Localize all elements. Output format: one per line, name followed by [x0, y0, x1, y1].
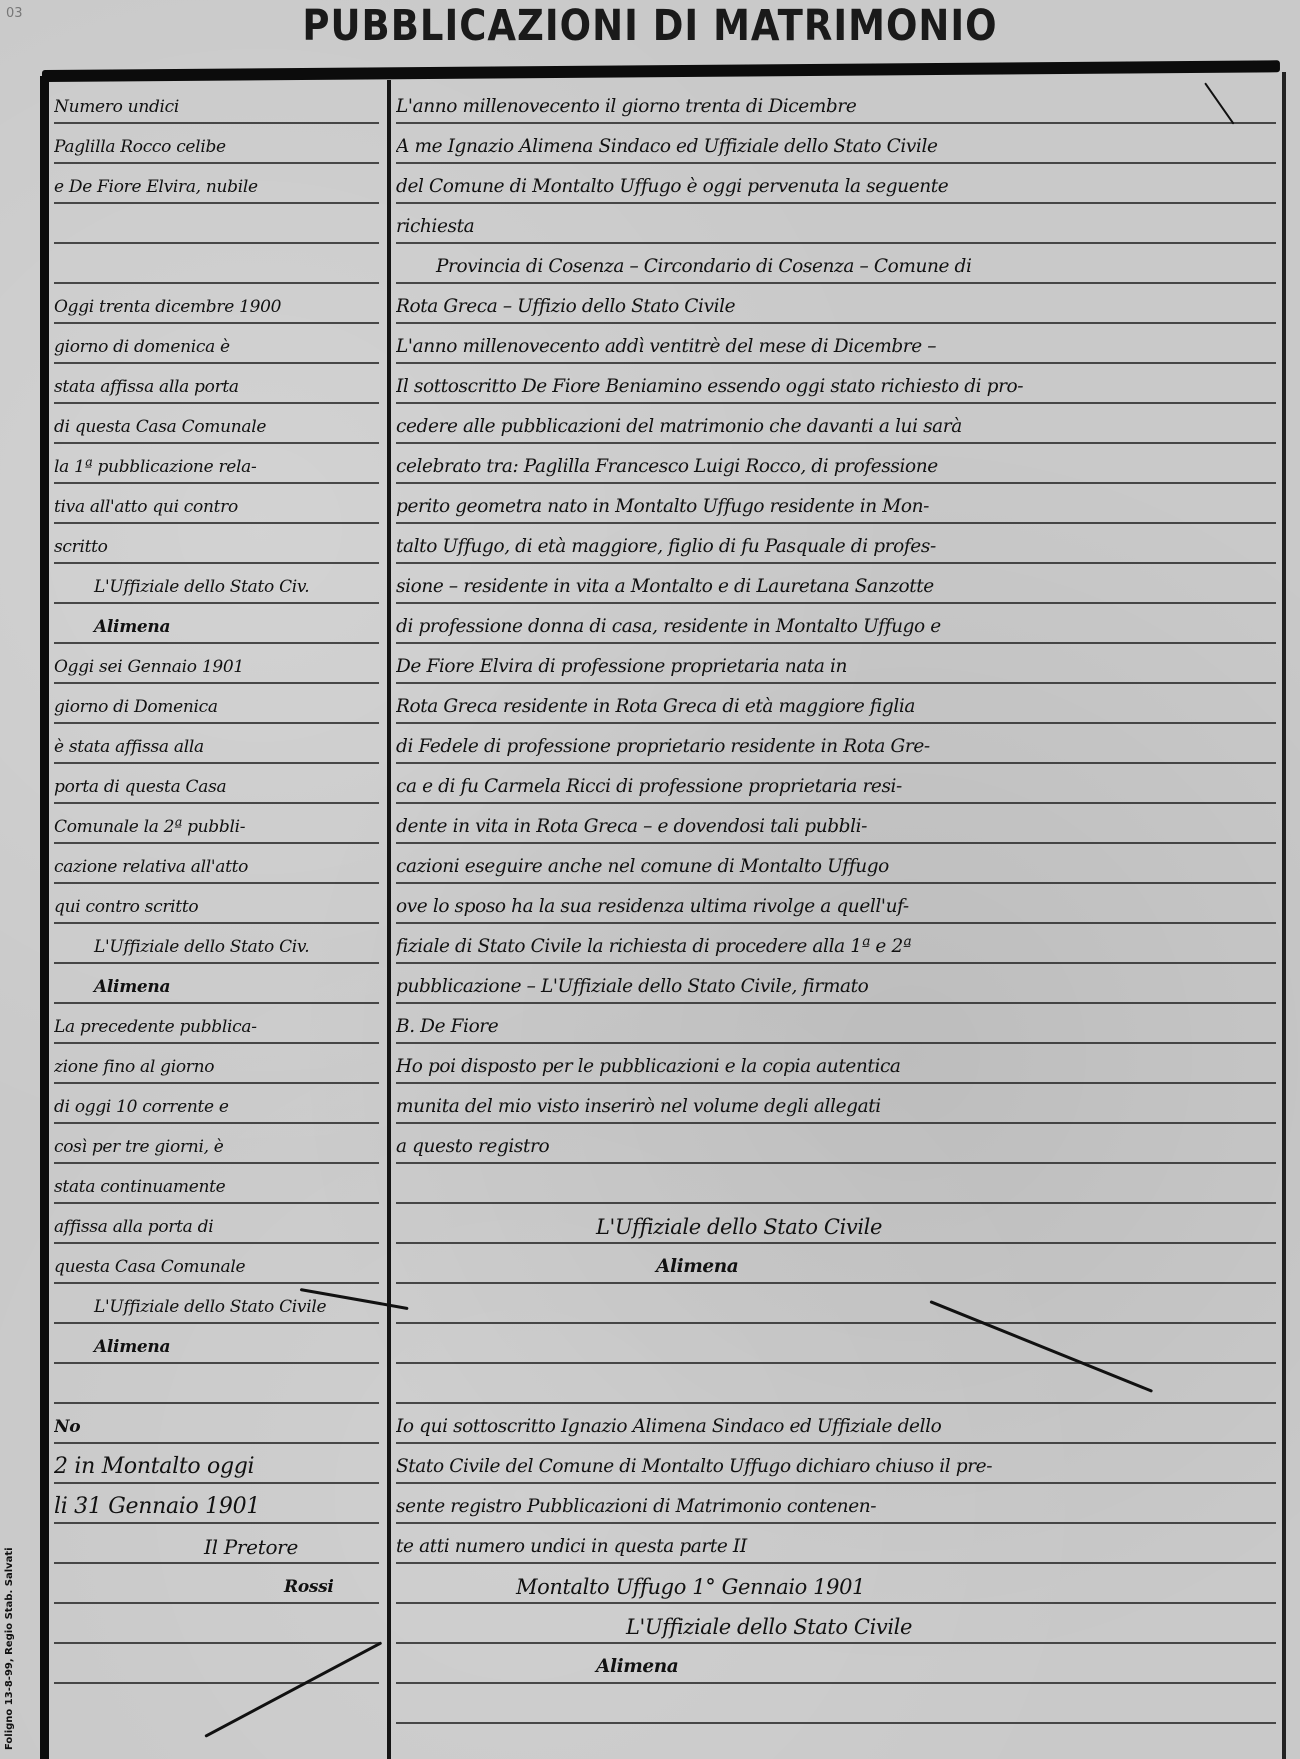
- margin-line: giorno di Domenica: [54, 684, 379, 724]
- margin-column: Numero undici Paglilla Rocco celibe e De…: [54, 84, 379, 1759]
- margin-line: scritto: [54, 524, 379, 564]
- margin-line: la 1ª pubblicazione rela-: [54, 444, 379, 484]
- margin-line: Oggi trenta dicembre 1900: [54, 284, 379, 324]
- act-line: [396, 1684, 1276, 1724]
- act-line: [396, 1324, 1276, 1364]
- act-line: De Fiore Elvira di professione proprieta…: [396, 644, 1276, 684]
- margin-line: 2 in Montalto oggi: [54, 1444, 379, 1484]
- margin-signature: Alimena: [54, 604, 379, 644]
- closing-officer-title: L'Uffiziale dello Stato Civile: [396, 1604, 1276, 1644]
- margin-line: Il Pretore: [54, 1524, 379, 1564]
- pretore-signature: Rossi: [54, 1564, 379, 1604]
- register-frame-left: [40, 76, 49, 1759]
- act-line: di Fedele di professione proprietario re…: [396, 724, 1276, 764]
- margin-line: questa Casa Comunale: [54, 1244, 379, 1284]
- margin-line: L'Uffiziale dello Stato Civ.: [54, 924, 379, 964]
- act-line: di professione donna di casa, residente …: [396, 604, 1276, 644]
- margin-line: tiva all'atto qui contro: [54, 484, 379, 524]
- margin-line: Oggi sei Gennaio 1901: [54, 644, 379, 684]
- act-line: Rota Greca residente in Rota Greca di et…: [396, 684, 1276, 724]
- closing-line: Io qui sottoscritto Ignazio Alimena Sind…: [396, 1404, 1276, 1444]
- margin-line: [54, 1644, 379, 1684]
- margin-signature: Alimena: [54, 1324, 379, 1364]
- act-line: munita del mio visto inserirò nel volume…: [396, 1084, 1276, 1124]
- margin-line: L'Uffiziale dello Stato Civile: [54, 1284, 379, 1324]
- pretore-number: No: [54, 1404, 379, 1444]
- act-line: [396, 1284, 1276, 1324]
- act-line: L'anno millenovecento il giorno trenta d…: [396, 84, 1276, 124]
- act-line: ove lo sposo ha la sua residenza ultima …: [396, 884, 1276, 924]
- margin-line: [54, 204, 379, 244]
- act-line: del Comune di Montalto Uffugo è oggi per…: [396, 164, 1276, 204]
- margin-line: stata continuamente: [54, 1164, 379, 1204]
- act-line: sione – residente in vita a Montalto e d…: [396, 564, 1276, 604]
- act-line: dente in vita in Rota Greca – e dovendos…: [396, 804, 1276, 844]
- act-line: Ho poi disposto per le pubblicazioni e l…: [396, 1044, 1276, 1084]
- act-line: ca e di fu Carmela Ricci di professione …: [396, 764, 1276, 804]
- act-line: [396, 1364, 1276, 1404]
- margin-line: giorno di domenica è: [54, 324, 379, 364]
- margin-line: [54, 244, 379, 284]
- column-divider: [387, 80, 391, 1759]
- corner-mark: 03: [6, 6, 23, 21]
- officer-title: L'Uffiziale dello Stato Civile: [396, 1204, 1276, 1244]
- act-line: [396, 1164, 1276, 1204]
- margin-line: e De Fiore Elvira, nubile: [54, 164, 379, 204]
- act-line: B. De Fiore: [396, 1004, 1276, 1044]
- margin-line: li 31 Gennaio 1901: [54, 1484, 379, 1524]
- closing-place-date: Montalto Uffugo 1° Gennaio 1901: [396, 1564, 1276, 1604]
- margin-line: così per tre giorni, è: [54, 1124, 379, 1164]
- act-line: a questo registro: [396, 1124, 1276, 1164]
- act-line: talto Uffugo, di età maggiore, figlio di…: [396, 524, 1276, 564]
- act-line: fiziale di Stato Civile la richiesta di …: [396, 924, 1276, 964]
- closing-officer-signature: Alimena: [396, 1644, 1276, 1684]
- act-line: pubblicazione – L'Uffiziale dello Stato …: [396, 964, 1276, 1004]
- margin-line: La precedente pubblica-: [54, 1004, 379, 1044]
- margin-line: Numero undici: [54, 84, 379, 124]
- act-line: perito geometra nato in Montalto Uffugo …: [396, 484, 1276, 524]
- closing-line: sente registro Pubblicazioni di Matrimon…: [396, 1484, 1276, 1524]
- closing-line: Stato Civile del Comune di Montalto Uffu…: [396, 1444, 1276, 1484]
- act-line: cedere alle pubblicazioni del matrimonio…: [396, 404, 1276, 444]
- act-line: L'anno millenovecento addì ventitrè del …: [396, 324, 1276, 364]
- act-line: celebrato tra: Paglilla Francesco Luigi …: [396, 444, 1276, 484]
- margin-line: è stata affissa alla: [54, 724, 379, 764]
- officer-signature: Alimena: [396, 1244, 1276, 1284]
- margin-line: di oggi 10 corrente e: [54, 1084, 379, 1124]
- register-frame-right: [1282, 72, 1286, 1759]
- act-line: Il sottoscritto De Fiore Beniamino essen…: [396, 364, 1276, 404]
- act-line: cazioni eseguire anche nel comune di Mon…: [396, 844, 1276, 884]
- margin-line: cazione relativa all'atto: [54, 844, 379, 884]
- act-body-column: L'anno millenovecento il giorno trenta d…: [396, 84, 1276, 1759]
- margin-line: [54, 1604, 379, 1644]
- act-line: Provincia di Cosenza – Circondario di Co…: [396, 244, 1276, 284]
- margin-line: di questa Casa Comunale: [54, 404, 379, 444]
- margin-line: qui contro scritto: [54, 884, 379, 924]
- act-line: A me Ignazio Alimena Sindaco ed Uffizial…: [396, 124, 1276, 164]
- closing-line: te atti numero undici in questa parte II: [396, 1524, 1276, 1564]
- margin-line: L'Uffiziale dello Stato Civ.: [54, 564, 379, 604]
- register-frame-top: [42, 60, 1280, 82]
- margin-line: porta di questa Casa: [54, 764, 379, 804]
- act-line: Rota Greca – Uffizio dello Stato Civile: [396, 284, 1276, 324]
- margin-line: [54, 1364, 379, 1404]
- margin-line: zione fino al giorno: [54, 1044, 379, 1084]
- printer-imprint: Foligno 13-8-99, Regio Stab. Salvati: [4, 1490, 15, 1750]
- margin-line: affissa alla porta di: [54, 1204, 379, 1244]
- page-title: PUBBLICAZIONI DI MATRIMONIO: [0, 1, 1300, 50]
- act-line: richiesta: [396, 204, 1276, 244]
- margin-line: Paglilla Rocco celibe: [54, 124, 379, 164]
- margin-line: Comunale la 2ª pubbli-: [54, 804, 379, 844]
- margin-signature: Alimena: [54, 964, 379, 1004]
- margin-line: stata affissa alla porta: [54, 364, 379, 404]
